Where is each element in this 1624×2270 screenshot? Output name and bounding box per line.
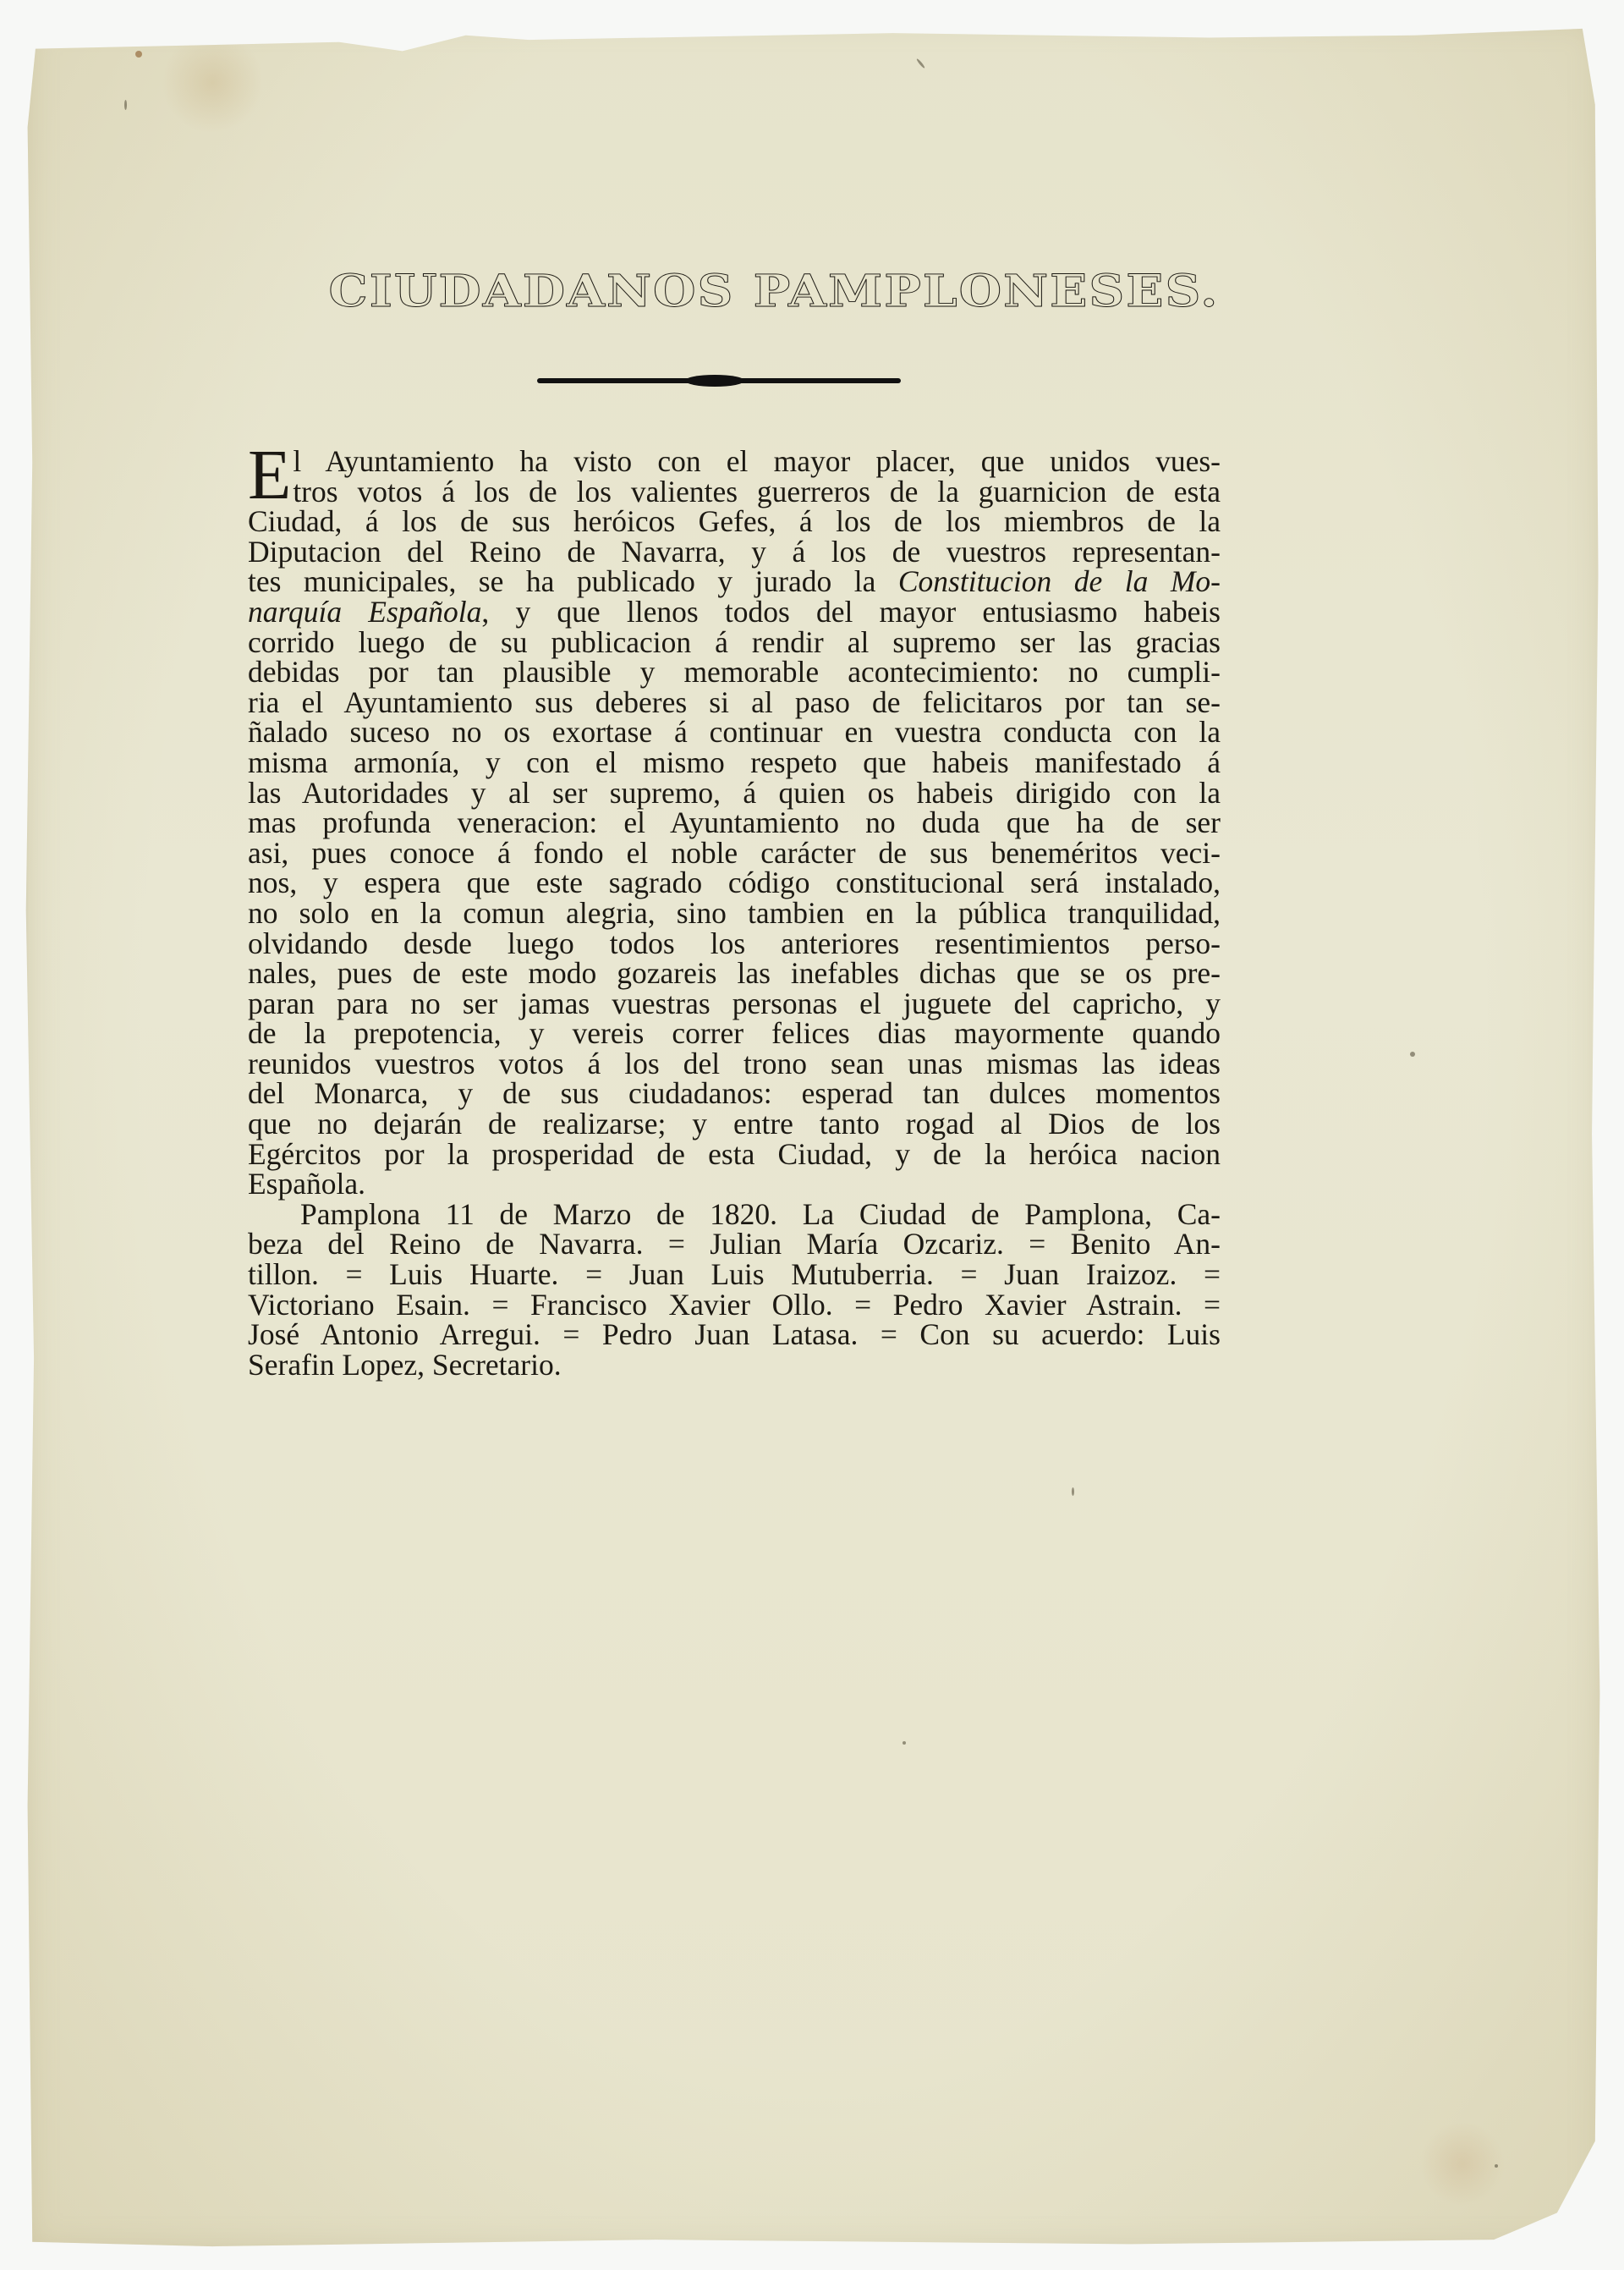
text-line: Diputacion del Reino de Navarra, y á los… bbox=[248, 537, 1221, 568]
text-segment: , y que llenos todos del mayor entusiasm… bbox=[481, 595, 1221, 629]
text-line: mas profunda veneracion: el Ayuntamiento… bbox=[248, 808, 1221, 838]
text-line: l Ayuntamiento ha visto con el mayor pla… bbox=[248, 447, 1221, 477]
secretary-line: Serafin Lopez, Secretario. bbox=[248, 1350, 1221, 1381]
drop-cap: E bbox=[248, 450, 291, 501]
text-line: corrido luego de su publicacion á rendir… bbox=[248, 628, 1221, 658]
italic-constitution-title: narquía Española bbox=[248, 595, 481, 629]
text-line: narquía Española, y que llenos todos del… bbox=[248, 597, 1221, 628]
text-line: asi, pues conoce á fondo el noble caráct… bbox=[248, 838, 1221, 869]
ink-speck bbox=[1410, 1052, 1415, 1057]
text-segment: tes municipales, se ha publicado y jurad… bbox=[248, 564, 875, 598]
text-line: no solo en la comun alegria, sino tambie… bbox=[248, 899, 1221, 929]
text-line: Ciudad, á los de sus heróicos Gefes, á l… bbox=[248, 507, 1221, 537]
signature-line: beza del Reino de Navarra. = Julian Marí… bbox=[248, 1229, 1221, 1260]
italic-constitution-title: Constitucion de la Mo- bbox=[898, 564, 1221, 598]
fiber-speck bbox=[1072, 1487, 1074, 1496]
signature-line: Victoriano Esain. = Francisco Xavier Oll… bbox=[248, 1290, 1221, 1321]
text-line: las Autoridades y al ser supremo, á quie… bbox=[248, 778, 1221, 809]
title-text: CIUDADANOS PAMPLONESES. bbox=[329, 265, 1220, 316]
date-line: Pamplona 11 de Marzo de 1820. La Ciudad … bbox=[248, 1200, 1221, 1230]
text-line: tros votos á los de los valientes guerre… bbox=[248, 477, 1221, 508]
text-line: misma armonía, y con el mismo respeto qu… bbox=[248, 748, 1221, 778]
text-line: paran para no ser jamas vuestras persona… bbox=[248, 989, 1221, 1020]
text-line: tes municipales, se ha publicado y jurad… bbox=[248, 567, 1221, 597]
ornamental-rule bbox=[537, 378, 901, 383]
text-line: debidas por tan plausible y memorable ac… bbox=[248, 657, 1221, 688]
text-line: nales, pues de este modo gozareis las in… bbox=[248, 959, 1221, 989]
text-line: Española. bbox=[248, 1169, 1221, 1200]
fiber-speck bbox=[124, 100, 127, 110]
text-line: ria el Ayuntamiento sus deberes si al pa… bbox=[248, 688, 1221, 718]
text-line: Egércitos por la prosperidad de esta Ciu… bbox=[248, 1140, 1221, 1170]
proclamation-body: E l Ayuntamiento ha visto con el mayor p… bbox=[248, 447, 1221, 1380]
document-title: CIUDADANOS PAMPLONESES. bbox=[0, 262, 1582, 320]
text-line: de la prepotencia, y vereis correr felic… bbox=[248, 1019, 1221, 1049]
fiber-speck bbox=[916, 58, 925, 69]
text-line: que no dejarán de realizarse; y entre ta… bbox=[248, 1109, 1221, 1140]
signature-line: tillon. = Luis Huarte. = Juan Luis Mutub… bbox=[248, 1260, 1221, 1290]
text-line: del Monarca, y de sus ciudadanos: espera… bbox=[248, 1079, 1221, 1109]
signature-block: Pamplona 11 de Marzo de 1820. La Ciudad … bbox=[248, 1200, 1221, 1381]
ink-speck bbox=[903, 1741, 906, 1745]
paragraph-main: E l Ayuntamiento ha visto con el mayor p… bbox=[248, 447, 1221, 1200]
text-line: nos, y espera que este sagrado código co… bbox=[248, 868, 1221, 899]
text-line: reunidos vuestros votos á los del trono … bbox=[248, 1049, 1221, 1080]
ink-speck bbox=[1495, 2164, 1498, 2168]
signature-line: José Antonio Arregui. = Pedro Juan Latas… bbox=[248, 1320, 1221, 1350]
stain-speck bbox=[135, 51, 142, 58]
text-line: olvidando desde luego todos los anterior… bbox=[248, 929, 1221, 959]
text-line: ñalado suceso no os exortase á continuar… bbox=[248, 717, 1221, 748]
